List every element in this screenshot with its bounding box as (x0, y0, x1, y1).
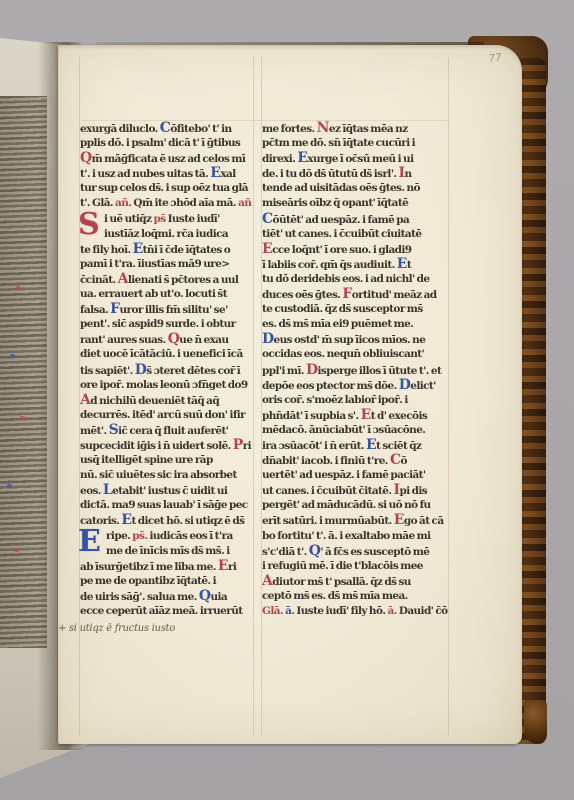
text-line: me de īnīcis mīs ds̄ ms̄. i (80, 544, 257, 559)
text-line: c̄cināt. Alienati s̄ pc̄tores a uul (80, 272, 257, 287)
text-line: Cōūtēt' ad uespāz. i famē pa (262, 212, 449, 227)
text-line: tende ad uisitādas oēs ḡtes. nō (262, 181, 449, 196)
lombard-initial: C (160, 121, 171, 136)
text-segment: dictā. ma9 suas lauab' ī sāḡe pec (80, 499, 248, 511)
lombard-initial: P (233, 438, 243, 453)
text-segment: eus ostd' m̄ sup īicos mīos. ne (274, 334, 426, 346)
text-segment: duces oēs ḡtes. (262, 289, 342, 301)
text-segment: t d' execōis (371, 410, 427, 422)
lombard-initial: E (366, 438, 376, 453)
text-segment: oris cor̄. s'moēz labior̄ ipor̄. i (262, 394, 408, 406)
facing-blue-initial-speck (7, 484, 12, 488)
text-segment: tis sapiēt'. (80, 365, 135, 377)
text-segment: ic̄ cera q̄ fluit auferēt' (118, 425, 228, 437)
leather-edge-bottom (524, 700, 547, 744)
lombard-initial: L (103, 483, 112, 498)
text-segment: erīt satūri. i murmūabūt. (262, 515, 394, 527)
text-line: de. i tu dō ds̄ ūtutū ds̄ isrl'. In (262, 166, 449, 181)
text-line: uertēt' ad uespāz. i famē paciāt' (262, 468, 449, 483)
text-segment: tende ad uisitādas oēs ḡtes. nō (262, 182, 420, 194)
text-segment: me fortes. (262, 123, 317, 135)
text-line: ore ipor̄. molas leonū ɔfn̄get do9 (80, 378, 257, 393)
text-line: dn̄abit' iacob. i finiū t're. Cō (262, 453, 449, 468)
text-segment: añ (238, 197, 251, 209)
text-segment: ī labiis cor̄. qm̄ q̄s audiuit. (262, 259, 397, 271)
text-line: pent'. sic̄ aspid9 surde. i obtur (80, 317, 257, 332)
text-line: t'. i usz ad nubes uitas tā. Exal (80, 166, 257, 181)
text-segment: ut canes. i c̄cuibūt c̄itatē. (262, 485, 394, 497)
text-line: pc̄tm me dō. sn̄ īq̄tate cucūri i (262, 136, 449, 151)
lombard-initial: E (297, 151, 307, 166)
text-line: Qm̄ māḡficata ē usz ad celos mī (80, 151, 257, 166)
lombard-initial: D (135, 363, 147, 378)
text-segment: c̄cināt. (80, 274, 118, 286)
text-segment: depōe eos ptector ms̄ dōe. (262, 380, 399, 392)
text-line: supcecidit iḡis i n̄ uidert solē. Pri (80, 438, 257, 453)
text-segment: pamī i t'ra. īiustīas mā9 ure> (80, 258, 230, 270)
text-segment: tn̄i ī c̄de īq̄tates o (143, 244, 231, 256)
text-segment: ōūtēt' ad uespāz. i famē pa (273, 214, 410, 226)
lombard-initial: D (399, 378, 411, 393)
text-segment: s'c'diā t'. (262, 546, 309, 558)
text-line: bo fortitu' t'. ā. i exaltabo māe mi (262, 529, 449, 544)
text-segment: de. i tu dō ds̄ ūtutū ds̄ isrl'. (262, 168, 399, 180)
text-line: ua. errauert ab ut'o. locuti s̄t (80, 287, 257, 302)
lombard-initial: N (317, 121, 329, 136)
text-line: t'. Glā. añ. Qm̄ ite ɔhōd aīa mā. añ (80, 196, 257, 211)
text-segment: ira ɔsūacōt' i n̄ erūt. (262, 440, 366, 452)
text-segment: mēt'. (80, 425, 109, 437)
text-segment: lienati s̄ pc̄tores a uul (128, 274, 238, 286)
text-segment: isperge illos ī ūtute t'. et (318, 365, 442, 377)
text-segment: te fily hoī. (80, 244, 133, 256)
text-line: ira ɔsūacōt' i n̄ erūt. Et sciēt q̄z (262, 438, 449, 453)
lombard-initial: A (262, 574, 272, 589)
text-line: te custodiā. q̄z ds̄ susceptor ms̄ (262, 302, 449, 317)
text-segment: ōfitebo' t' in (170, 123, 231, 135)
text-segment: ecce ceperūt aīāz meā. irruerūt (80, 605, 242, 617)
text-segment: ō (400, 455, 406, 467)
text-segment: usq̄ itelligēt spine ure rāp (80, 454, 213, 466)
text-line: ecce ceperūt aīāz meā. irruerūt (80, 604, 257, 619)
text-line: mēdacō. ānūciabūt' ī ɔsūacōne. (262, 423, 449, 438)
text-line: depōe eos ptector ms̄ dōe. Delict' (262, 378, 449, 393)
text-line: Glā. ā. Iuste iudī' fily hō. ā. Dauid' c… (262, 604, 449, 619)
text-line: decurrēs. itēd' arcū suū don' ifir (80, 408, 257, 423)
text-segment: miseāris oībz q̄ opant' īq̄tatē (262, 197, 408, 209)
text-segment: d nichilū deueniēt tāq̄ aq̄ (90, 395, 219, 407)
text-line: direxi. Exurge ī oc̄sū meū i ui (262, 151, 449, 166)
text-segment: xurge ī oc̄sū meū i ui (307, 153, 413, 165)
text-line: Deus ostd' m̄ sup īicos mīos. ne (262, 332, 449, 347)
drop-cap-initial: S (78, 210, 99, 239)
text-segment: ortitud' meāz ad (352, 289, 437, 301)
text-line: es. ds̄ ms̄ mīa ei9 puēmet me. (262, 317, 449, 332)
facing-red-initial-speck (14, 548, 19, 552)
text-line: nū. sic̄ uiuētes sic ira absorbet (80, 468, 257, 483)
manuscript-photo: { "page": { "folio_number": "77", "margi… (0, 0, 574, 800)
text-segment: t (407, 259, 411, 271)
text-line: falsa. Furor illis fm̄ silitu' se' (80, 302, 257, 317)
text-segment: ab īsurḡetibz ī me liba me. (80, 561, 218, 573)
text-segment: añ. (115, 197, 133, 209)
lombard-initial: Q (80, 151, 92, 166)
lombard-initial: E (133, 242, 143, 257)
text-line: pe me de opantibz īq̄tatē. i (80, 574, 257, 589)
text-line: i refugiū mē. ī die t'blacōis mee (262, 559, 449, 574)
facing-red-initial-speck (16, 286, 21, 290)
text-segment: ps̄. (132, 530, 149, 542)
lombard-initial: E (397, 257, 407, 272)
lombard-initial: C (390, 453, 401, 468)
text-segment: phn̄dāt' ī supbia s'. (262, 410, 361, 422)
text-segment: go āt cā (404, 515, 444, 527)
text-segment: me de īnīcis mīs ds̄ ms̄. i (106, 545, 230, 557)
text-segment: ceptō ms̄ es. ds̄ ms̄ mīa mea. (262, 590, 408, 602)
drop-cap-initial: E (78, 527, 100, 556)
lombard-initial: D (262, 332, 274, 347)
text-line: pergēt' ad māducādū. si uō nō fu (262, 498, 449, 513)
text-column-right: me fortes. Nez īq̄tas mēa nzpc̄tm me dō.… (262, 121, 449, 619)
text-line: Ad nichilū deueniēt tāq̄ aq̄ (80, 393, 257, 408)
text-line: ab īsurḡetibz ī me liba me. Eri (80, 559, 257, 574)
text-line: oris cor̄. s'moēz labior̄ ipor̄. i (262, 393, 449, 408)
lombard-initial: E (210, 166, 220, 181)
text-segment: uia (210, 591, 227, 603)
text-segment: ā. (387, 605, 398, 617)
text-segment: te custodiā. q̄z ds̄ susceptor ms̄ (262, 303, 423, 315)
text-segment: pergēt' ad māducādū. si uō nō fu (262, 499, 431, 511)
text-segment: direxi. (262, 153, 297, 165)
text-segment: ' ā fc̄s es susceptō mē (320, 546, 429, 558)
lombard-initial: F (342, 287, 351, 302)
text-segment: es. ds̄ ms̄ mīa ei9 puēmet me. (262, 318, 413, 330)
lombard-initial: D (306, 363, 318, 378)
text-segment: tu dō deridebis eos. i ad nichl' de (262, 273, 430, 285)
text-line: i uē utiq̄z ps̄ Iuste iudī' (80, 212, 257, 227)
text-segment: dn̄abit' iacob. i finiū t're. (262, 455, 390, 467)
text-segment: uertēt' ad uespāz. i famē paciāt' (262, 469, 426, 481)
text-line: mēt'. Sic̄ cera q̄ fluit auferēt' (80, 423, 257, 438)
text-segment: etabit' iustus c̄ uidit ui (112, 485, 227, 497)
text-segment: xal (220, 168, 235, 180)
text-line: me fortes. Nez īq̄tas mēa nz (262, 121, 449, 136)
text-line: Adiutor ms̄ t' psallā. q̄z ds̄ su (262, 574, 449, 589)
text-line: eos. Letabit' iustus c̄ uidit ui (80, 483, 257, 498)
text-line: tu dō deridebis eos. i ad nichl' de (262, 272, 449, 287)
lombard-initial: A (80, 393, 90, 408)
text-segment: n (405, 168, 412, 180)
text-segment: pe me de opantibz īq̄tatē. i (80, 575, 216, 587)
text-segment: pi dis (399, 485, 427, 497)
text-segment: elict' (410, 380, 436, 392)
text-line: exurgā diluclo. Cōfitebo' t' in (80, 121, 257, 136)
text-line: tur sup celos ds̄. i sup oēz tua glā (80, 181, 257, 196)
lombard-initial: E (262, 242, 272, 257)
text-segment: ua. errauert ab ut'o. locuti s̄t (80, 288, 227, 300)
text-line: ripe. ps̄. iudicās eos ī t'ra (80, 529, 257, 544)
text-segment: uror illis fm̄ silitu' se' (119, 304, 227, 316)
lombard-initial: E (218, 559, 228, 574)
text-segment: ppl'i mī. (262, 365, 306, 377)
text-segment: Qm̄ ite ɔhōd aīa mā. (133, 197, 238, 209)
text-line: ceptō ms̄ es. ds̄ ms̄ mīa mea. (262, 589, 449, 604)
text-line: duces oēs ḡtes. Fortitud' meāz ad (262, 287, 449, 302)
text-segment: i refugiū mē. ī die t'blacōis mee (262, 560, 423, 572)
lombard-initial: Q (199, 589, 211, 604)
text-line: rant' aures suas. Que n̄ exau (80, 332, 257, 347)
text-line: Ecce loq̄nt' ī ore suo. i gladi9 (262, 242, 449, 257)
lombard-initial: A (118, 272, 128, 287)
text-segment: diet uocē īcātāciū. i uenefici īcā (80, 348, 243, 360)
text-segment: exurgā diluclo. (80, 123, 160, 135)
text-segment: cce loq̄nt' ī ore suo. i gladi9 (272, 244, 411, 256)
text-segment: Dauid' c̄ō (399, 605, 449, 617)
text-segment: nū. sic̄ uiuētes sic ira absorbet (80, 469, 237, 481)
text-line: occidas eos. nequn̄ obliuiscant' (262, 347, 449, 362)
text-segment: ri (228, 561, 236, 573)
text-segment: pent'. sic̄ aspid9 surde. i obtur (80, 318, 236, 330)
text-line: de uiris sāḡ'. salua me. Quia (80, 589, 257, 604)
text-segment: rant' aures suas. (80, 334, 168, 346)
text-segment: ue n̄ exau (179, 334, 228, 346)
text-line: tiēt' ut canes. i c̄cuibūt ciuitatē (262, 227, 449, 242)
lombard-initial: S (109, 423, 119, 438)
lombard-initial: C (262, 212, 273, 227)
text-segment: tiēt' ut canes. i c̄cuibūt ciuitatē (262, 228, 421, 240)
text-segment: diutor ms̄ t' psallā. q̄z ds̄ su (272, 576, 411, 588)
text-segment: supcecidit iḡis i n̄ uidert solē. (80, 440, 233, 452)
text-segment: eos. (80, 485, 103, 497)
text-line: ppl'i mī. Disperge illos ī ūtute t'. et (262, 363, 449, 378)
text-segment: pc̄tm me dō. sn̄ īq̄tate cucūri i (262, 137, 415, 149)
text-line: te fily hoī. Etn̄i ī c̄de īq̄tates o (80, 242, 257, 257)
text-segment: t'. i usz ad nubes uitas tā. (80, 168, 210, 180)
text-segment: Iuste iudī' (168, 213, 220, 225)
text-segment: Iuste iudī' fily hō. (296, 605, 387, 617)
text-line: tis sapiēt'. Ds̄ ɔteret dētes cor̄ ī (80, 363, 257, 378)
text-line: phn̄dāt' ī supbia s'. Et d' execōis (262, 408, 449, 423)
text-segment: t sciēt q̄z (376, 440, 421, 452)
text-line: iustīāz loq̄mi. rc̄a iudica (80, 227, 257, 242)
text-segment: t dicet hō. si utiqz ē ds̄ (131, 515, 244, 527)
text-line: pplis dō. i psalm' dicā t' ī ḡtibus (80, 136, 257, 151)
text-segment: ā. (285, 605, 296, 617)
margin-note: + si utiqz ē fructus iusto (58, 623, 175, 634)
facing-red-initial-speck (20, 416, 25, 420)
text-segment: iustīāz loq̄mi. rc̄a iudica (104, 228, 228, 240)
text-segment: bo fortitu' t'. ā. i exaltabo māe mi (262, 530, 431, 542)
text-segment: de uiris sāḡ'. salua me. (80, 591, 199, 603)
lombard-initial: E (121, 513, 131, 528)
text-segment: ps̄ (153, 213, 167, 225)
text-line: catoris. Et dicet hō. si utiqz ē ds̄ (80, 513, 257, 528)
text-segment: occidas eos. nequn̄ obliuiscant' (262, 348, 424, 360)
text-line: usq̄ itelligēt spine ure rāp (80, 453, 257, 468)
text-segment: s̄ ɔteret dētes cor̄ ī (146, 365, 240, 377)
text-line: ut canes. i c̄cuibūt c̄itatē. Ipi dis (262, 483, 449, 498)
text-column-left: exurgā diluclo. Cōfitebo' t' inpplis dō.… (80, 121, 257, 619)
text-segment: tur sup celos ds̄. i sup oēz tua glā (80, 182, 248, 194)
text-segment: decurrēs. itēd' arcū suū don' ifir (80, 409, 245, 421)
text-segment: ez īq̄tas mēa nz (329, 123, 408, 135)
text-segment: ore ipor̄. molas leonū ɔfn̄get do9 (80, 379, 248, 391)
lombard-initial: E (394, 513, 404, 528)
text-segment: falsa. (80, 304, 110, 316)
text-line: diet uocē īcātāciū. i uenefici īcā (80, 347, 257, 362)
folio-number: 77 (489, 52, 503, 65)
text-segment: i uē utiq̄z (104, 213, 153, 225)
text-segment: ripe. (106, 530, 132, 542)
text-segment: ri (243, 440, 251, 452)
manuscript-page: 77 exurgā diluclo. Cōfitebo' t' inpplis … (58, 45, 522, 744)
text-segment: m̄ māḡficata ē usz ad celos mī (92, 153, 246, 165)
text-line: s'c'diā t'. Q' ā fc̄s es susceptō mē (262, 544, 449, 559)
lombard-initial: Q (168, 332, 180, 347)
text-line: pamī i t'ra. īiustīas mā9 ure> (80, 257, 257, 272)
text-line: erīt satūri. i murmūabūt. Ego āt cā (262, 513, 449, 528)
text-segment: Glā. (262, 605, 285, 617)
text-line: ī labiis cor̄. qm̄ q̄s audiuit. Et (262, 257, 449, 272)
lombard-initial: Q (309, 544, 321, 559)
facing-blue-initial-speck (10, 354, 15, 358)
lombard-initial: E (361, 408, 371, 423)
text-segment: pplis dō. i psalm' dicā t' ī ḡtibus (80, 137, 240, 149)
text-segment: mēdacō. ānūciabūt' ī ɔsūacōne. (262, 424, 425, 436)
text-line: miseāris oībz q̄ opant' īq̄tatē (262, 196, 449, 211)
text-line: dictā. ma9 suas lauab' ī sāḡe pec (80, 498, 257, 513)
text-segment: iudicās eos ī t'ra (149, 530, 232, 542)
